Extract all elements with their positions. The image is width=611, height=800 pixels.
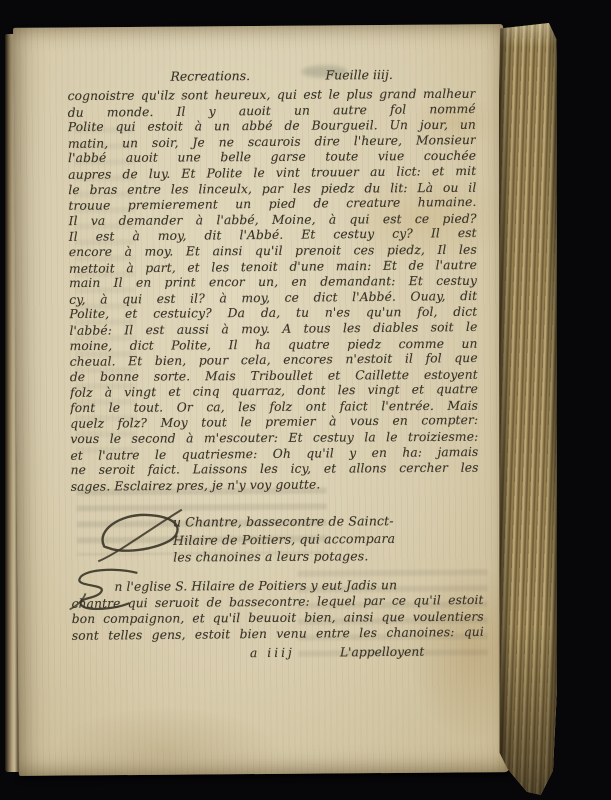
folio-number: Fueille iiij.: [325, 67, 392, 83]
paragraph-polite: cognoistre qu'ilz sont heureux, qui est …: [68, 86, 479, 495]
catchword: L'appelloyent: [340, 645, 424, 660]
text-line: sages. Esclairez pres, je n'y voy goutte…: [71, 476, 479, 496]
running-header: Recreations. Fueille iiij.: [13, 66, 503, 88]
heading-line: les chanoines a leurs potages.: [71, 547, 479, 567]
text-line: sont telles gens, estoit bien venu entre…: [72, 624, 484, 644]
book-page: Recreations. Fueille iiij. cognoistre qu…: [13, 24, 509, 776]
fore-edge-shading: [499, 16, 557, 798]
signature-mark: a iiij: [250, 646, 295, 660]
fore-edge-page-stack: [499, 16, 557, 798]
book-photograph: Recreations. Fueille iiij. cognoistre qu…: [0, 0, 611, 800]
section-heading: u Chantre, bassecontre de Sainct- Hilair…: [71, 511, 479, 567]
running-title: Recreations.: [170, 68, 250, 84]
footer-line: a iiij L'appelloyent: [72, 644, 480, 665]
paragraph-chantre: n l'eglise S. Hilaire de Poitiers y eut …: [71, 576, 483, 643]
